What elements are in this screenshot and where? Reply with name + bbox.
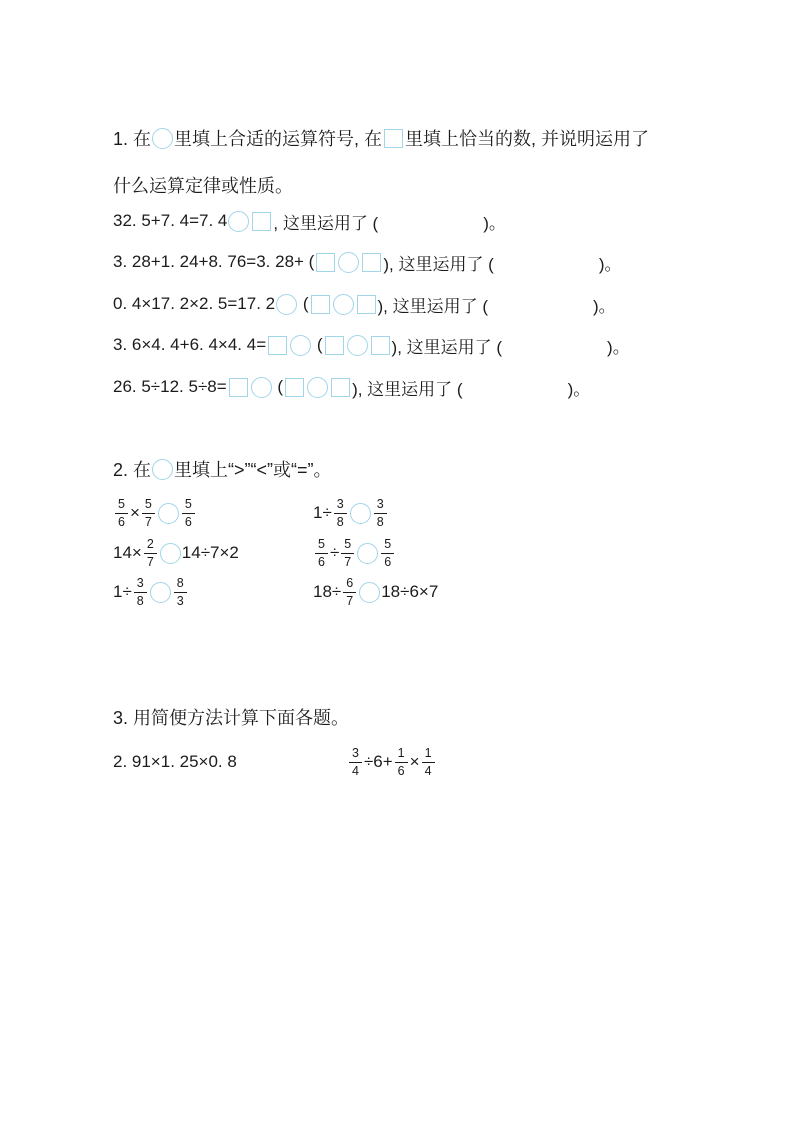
- text-run: 1÷: [113, 582, 132, 602]
- answer-square-blank: [229, 378, 248, 397]
- answer-square-blank: [316, 253, 335, 272]
- text-run: ), 这里运用了 (: [378, 292, 489, 317]
- q2-row2-right-expression: 56÷5756: [313, 533, 396, 573]
- text-run: ), 这里运用了 (: [352, 375, 463, 400]
- text-run: 18÷: [313, 582, 341, 602]
- text-run: , 这里运用了 (: [273, 209, 378, 234]
- text-run: 里填上“>”“<”或“=”。: [174, 456, 332, 482]
- q2-row2-left-expression: 14×2714÷7×2: [113, 533, 239, 573]
- fraction: 38: [374, 498, 387, 528]
- fraction-numerator: 5: [142, 498, 155, 514]
- text-run: 2. 91×1. 25×0. 8: [113, 752, 237, 772]
- answer-circle-blank: [152, 459, 173, 480]
- fraction-denominator: 6: [185, 514, 192, 529]
- text-run: 18÷6×7: [381, 582, 438, 602]
- answer-circle-blank: [150, 582, 171, 603]
- text-run: 什么运算定律或性质。: [113, 172, 293, 198]
- fraction: 56: [381, 538, 394, 568]
- text-run: 14÷7×2: [182, 543, 239, 563]
- text-run: ×: [130, 503, 140, 523]
- answer-square-blank: [268, 336, 287, 355]
- text-run: )。: [483, 209, 506, 234]
- q1-item-2: 3. 28+1. 24+8. 76=3. 28+ (), 这里运用了 ()。: [113, 245, 622, 279]
- fraction: 57: [341, 538, 354, 568]
- fraction-denominator: 7: [147, 554, 154, 569]
- answer-circle-blank: [359, 582, 380, 603]
- fraction-numerator: 2: [144, 538, 157, 554]
- fraction: 14: [422, 747, 435, 777]
- fraction: 83: [174, 577, 187, 607]
- text-run: )。: [607, 333, 630, 358]
- fraction: 57: [142, 498, 155, 528]
- text-run: )。: [593, 292, 616, 317]
- fraction: 56: [315, 538, 328, 568]
- text-run: 里填上合适的运算符号, 在: [174, 125, 382, 151]
- q1-instructions-line2: 什么运算定律或性质。: [113, 168, 293, 202]
- answer-circle-blank: [333, 294, 354, 315]
- fraction-numerator: 8: [174, 577, 187, 593]
- fraction-numerator: 3: [334, 498, 347, 514]
- text-run: ), 这里运用了 (: [392, 333, 503, 358]
- answer-circle-blank: [251, 377, 272, 398]
- fraction-denominator: 4: [425, 763, 432, 778]
- answer-circle-blank: [357, 543, 378, 564]
- answer-square-blank: [325, 336, 344, 355]
- text-run: (: [273, 377, 283, 397]
- fraction-denominator: 8: [137, 593, 144, 608]
- answer-square-blank: [384, 129, 403, 148]
- fraction-numerator: 5: [182, 498, 195, 514]
- fraction-denominator: 7: [344, 554, 351, 569]
- text-run: ), 这里运用了 (: [383, 250, 494, 275]
- answer-circle-blank: [338, 252, 359, 273]
- text-run: 2. 在: [113, 456, 151, 482]
- q3-row: 2. 91×1. 25×0. 8 34÷6+16×14: [113, 742, 793, 782]
- fraction: 38: [134, 577, 147, 607]
- q2-row1-right-expression: 1÷3838: [313, 493, 389, 533]
- answer-circle-blank: [350, 503, 371, 524]
- answer-square-blank: [362, 253, 381, 272]
- answer-circle-blank: [152, 128, 173, 149]
- fraction-denominator: 7: [145, 514, 152, 529]
- q3-instructions: 3. 用简便方法计算下面各题。: [113, 700, 349, 734]
- text-run: ÷6+: [364, 752, 393, 772]
- answer-circle-blank: [347, 335, 368, 356]
- text-run: 3. 28+1. 24+8. 76=3. 28+ (: [113, 252, 314, 272]
- fraction-denominator: 6: [398, 763, 405, 778]
- answer-circle-blank: [276, 294, 297, 315]
- fraction-numerator: 1: [422, 747, 435, 763]
- fraction-denominator: 6: [384, 554, 391, 569]
- fraction-numerator: 5: [341, 538, 354, 554]
- fraction-numerator: 5: [315, 538, 328, 554]
- q1-item-5: 26. 5÷12. 5÷8= (), 这里运用了 ()。: [113, 370, 590, 404]
- answer-circle-blank: [158, 503, 179, 524]
- fraction-numerator: 5: [115, 498, 128, 514]
- fraction-numerator: 3: [374, 498, 387, 514]
- answer-square-blank: [331, 378, 350, 397]
- fraction: 67: [343, 577, 356, 607]
- q1-item-1: 32. 5+7. 4=7. 4, 这里运用了 ()。: [113, 204, 506, 238]
- fraction-denominator: 6: [118, 514, 125, 529]
- q3-expression-2: 34÷6+16×14: [347, 742, 437, 782]
- q2-instructions: 2. 在里填上“>”“<”或“=”。: [113, 452, 332, 486]
- fraction: 38: [334, 498, 347, 528]
- fraction: 34: [349, 747, 362, 777]
- fraction-numerator: 1: [395, 747, 408, 763]
- fraction-numerator: 3: [134, 577, 147, 593]
- q2-row3-right-expression: 18÷6718÷6×7: [313, 572, 438, 612]
- text-run: (: [298, 294, 308, 314]
- answer-square-blank: [311, 295, 330, 314]
- text-run: )。: [568, 375, 591, 400]
- q3-expression-1: 2. 91×1. 25×0. 8: [113, 742, 237, 782]
- q2-row3-left-expression: 1÷3883: [113, 572, 189, 612]
- text-run: 32. 5+7. 4=7. 4: [113, 211, 227, 231]
- q2-row-3: 1÷3883 18÷6718÷6×7: [113, 572, 793, 612]
- fraction-numerator: 6: [343, 577, 356, 593]
- answer-square-blank: [285, 378, 304, 397]
- q1-instructions-line1: 1. 在里填上合适的运算符号, 在里填上恰当的数, 并说明运用了: [113, 121, 649, 155]
- fraction-denominator: 7: [346, 593, 353, 608]
- fraction: 56: [115, 498, 128, 528]
- text-run: )。: [599, 250, 622, 275]
- answer-circle-blank: [160, 543, 181, 564]
- text-run: 26. 5÷12. 5÷8=: [113, 377, 227, 397]
- fraction: 27: [144, 538, 157, 568]
- fraction-denominator: 3: [177, 593, 184, 608]
- answer-circle-blank: [228, 211, 249, 232]
- q2-row-1: 56×5756 1÷3838: [113, 493, 793, 533]
- answer-square-blank: [252, 212, 271, 231]
- q1-item-3: 0. 4×17. 2×2. 5=17. 2 (), 这里运用了 ()。: [113, 287, 616, 321]
- q2-row-2: 14×2714÷7×2 56÷5756: [113, 533, 793, 573]
- text-run: ×: [410, 752, 420, 772]
- q1-item-4: 3. 6×4. 4+6. 4×4. 4= (), 这里运用了 ()。: [113, 328, 630, 362]
- text-run: 3. 6×4. 4+6. 4×4. 4=: [113, 335, 266, 355]
- text-run: 3. 用简便方法计算下面各题。: [113, 704, 349, 730]
- fraction-denominator: 8: [377, 514, 384, 529]
- text-run: 0. 4×17. 2×2. 5=17. 2: [113, 294, 275, 314]
- fraction: 56: [182, 498, 195, 528]
- answer-square-blank: [371, 336, 390, 355]
- text-run: 14×: [113, 543, 142, 563]
- answer-circle-blank: [290, 335, 311, 356]
- text-run: (: [312, 335, 322, 355]
- answer-circle-blank: [307, 377, 328, 398]
- fraction: 16: [395, 747, 408, 777]
- fraction-denominator: 6: [318, 554, 325, 569]
- q2-row1-left-expression: 56×5756: [113, 493, 197, 533]
- answer-square-blank: [357, 295, 376, 314]
- text-run: ÷: [330, 543, 339, 563]
- fraction-numerator: 3: [349, 747, 362, 763]
- fraction-denominator: 8: [337, 514, 344, 529]
- text-run: 里填上恰当的数, 并说明运用了: [405, 125, 649, 151]
- fraction-numerator: 5: [381, 538, 394, 554]
- worksheet-page: 1. 在里填上合适的运算符号, 在里填上恰当的数, 并说明运用了 什么运算定律或…: [0, 0, 793, 1122]
- fraction-denominator: 4: [352, 763, 359, 778]
- text-run: 1÷: [313, 503, 332, 523]
- text-run: 1. 在: [113, 125, 151, 151]
